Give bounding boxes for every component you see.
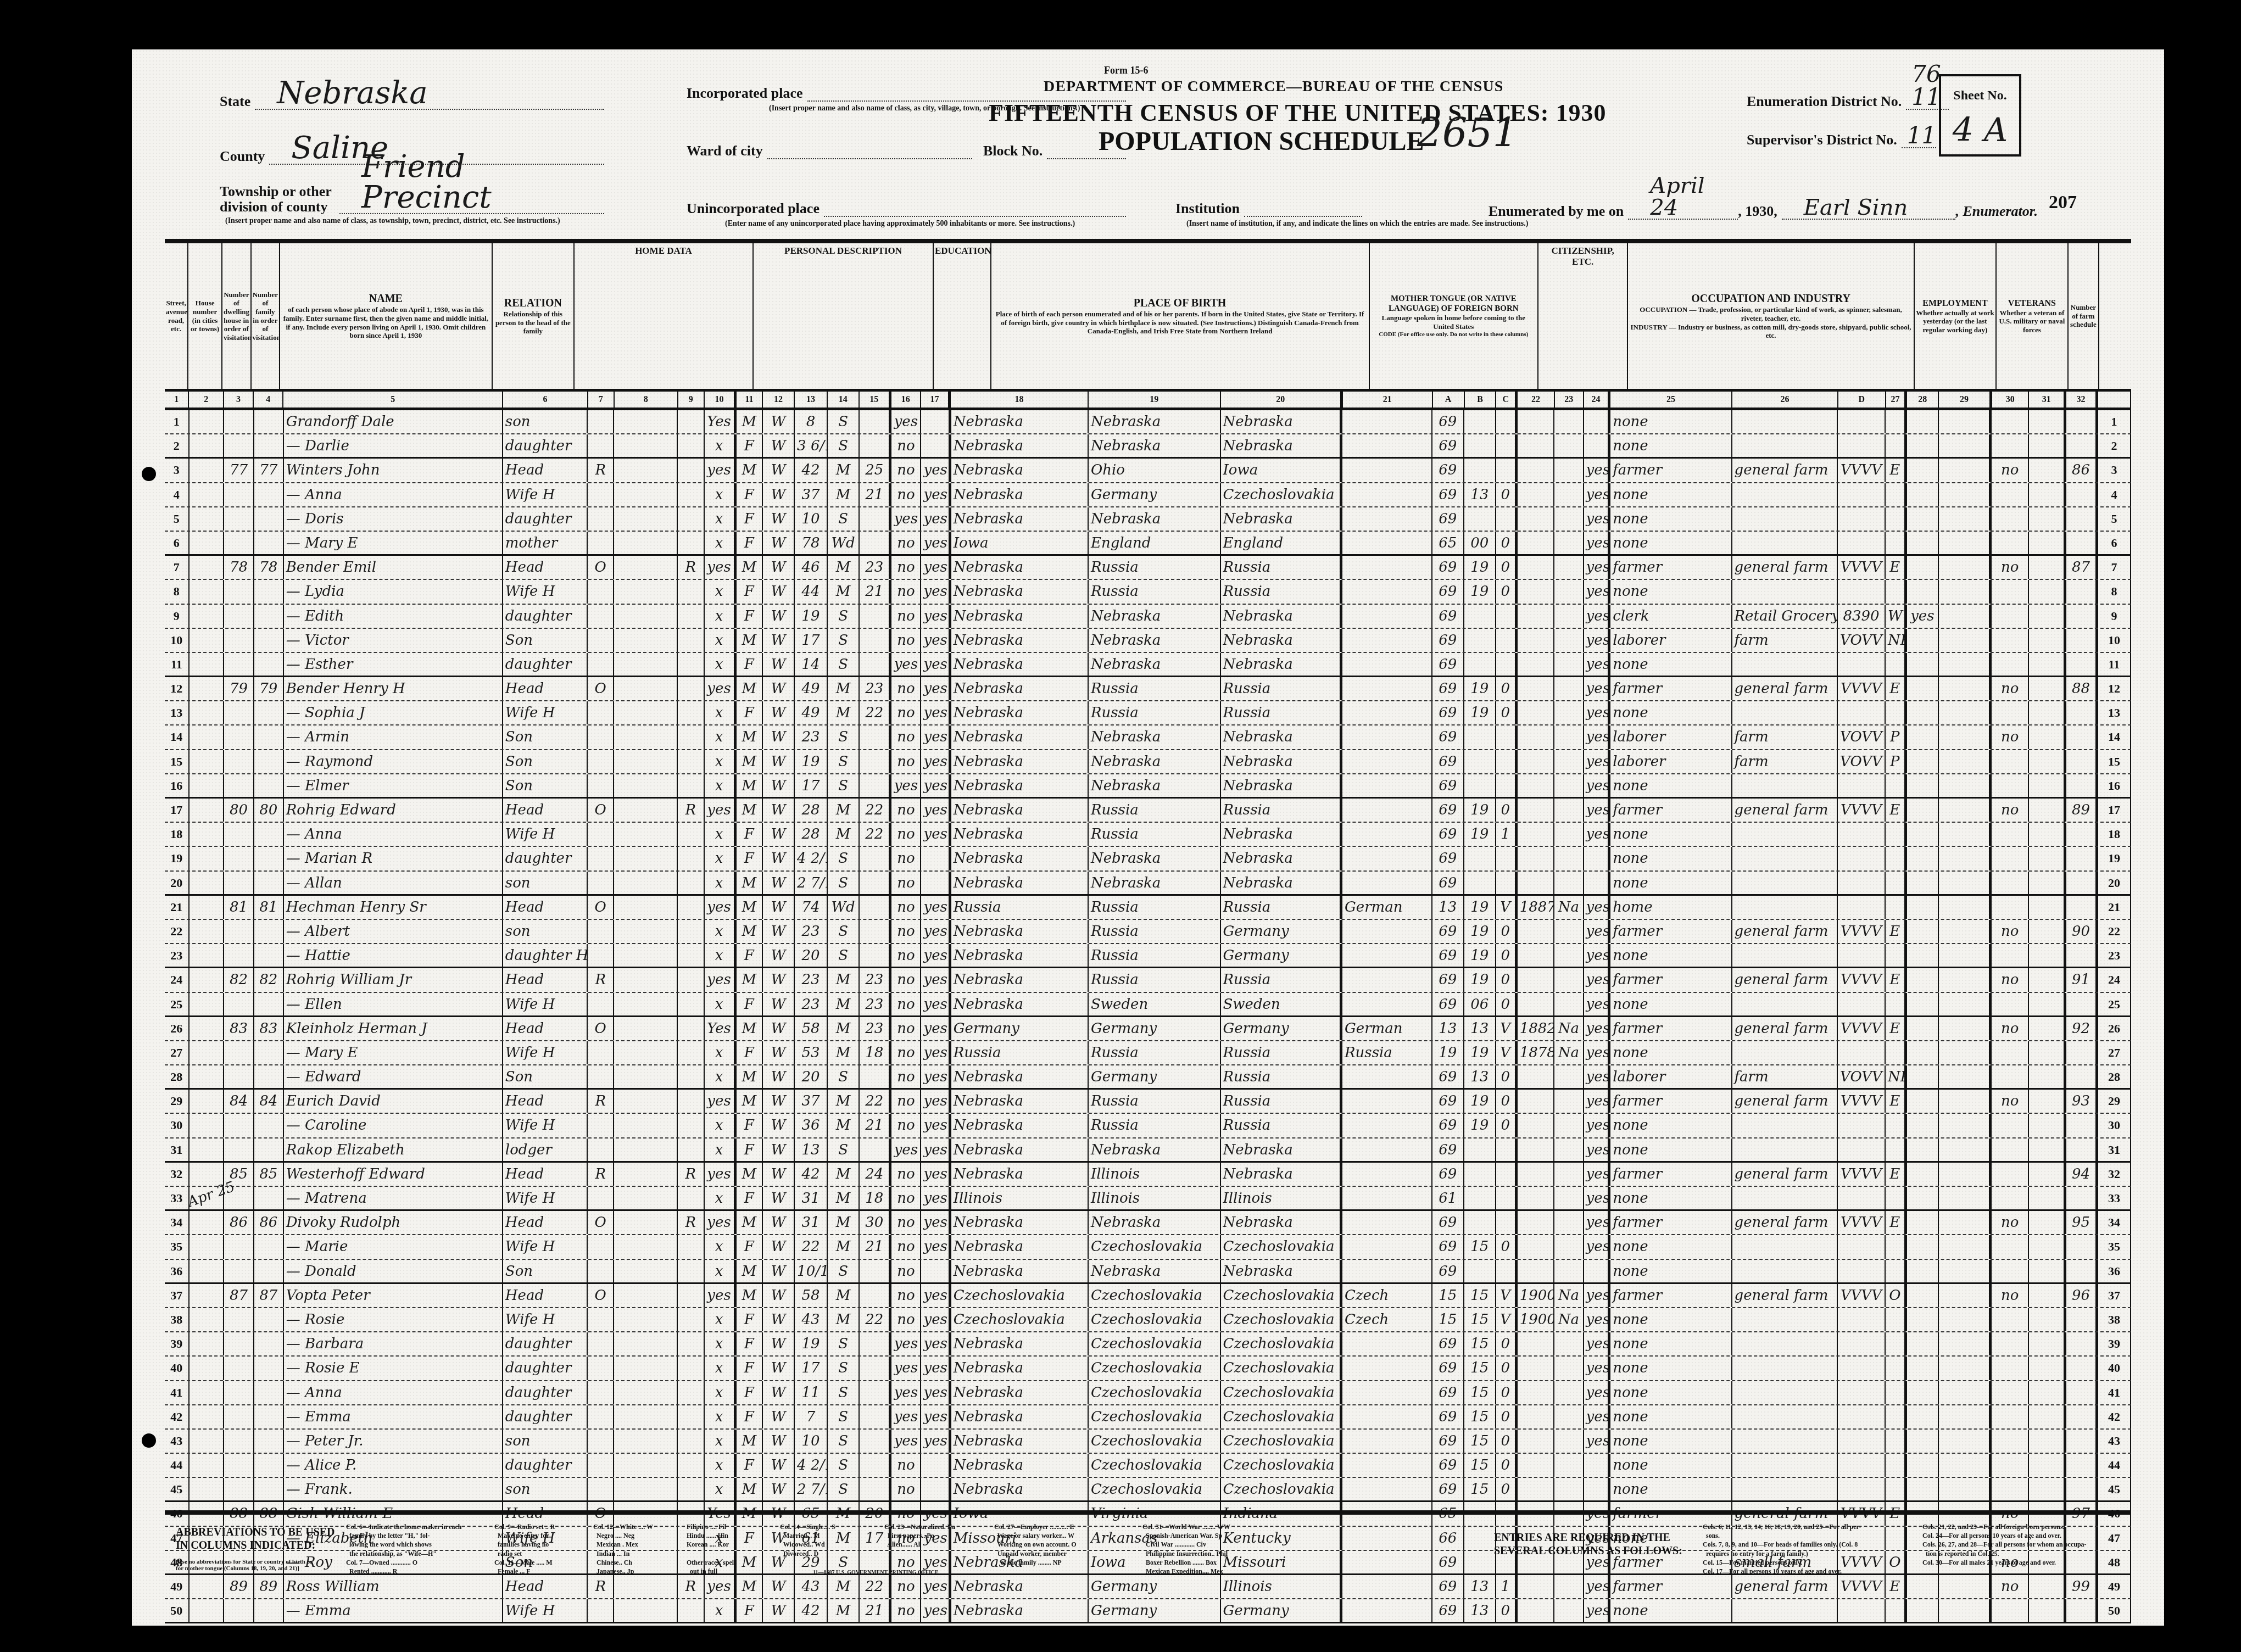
cell-eng: yes xyxy=(1584,799,1611,822)
cell-ind: general farm xyxy=(1732,1163,1838,1186)
line-number: 42 xyxy=(165,1405,189,1428)
cell-tongue xyxy=(1342,483,1432,506)
cell-cls xyxy=(1886,1430,1907,1453)
line-number: 21 xyxy=(2098,896,2131,919)
cell-own: R xyxy=(588,968,614,991)
cell-radio xyxy=(678,1430,704,1453)
line-number: 4 xyxy=(2098,483,2131,506)
cell-nat xyxy=(1554,459,1584,482)
line-number: 22 xyxy=(165,920,189,943)
cell-cA: 69 xyxy=(1432,847,1464,870)
cell-pob: Nebraska xyxy=(951,701,1089,724)
cell-nat xyxy=(1554,725,1584,749)
cell-rel: Son xyxy=(503,1065,588,1088)
line-number: 36 xyxy=(165,1260,189,1282)
cell-dw xyxy=(224,605,254,628)
cell-fam xyxy=(254,993,284,1015)
cell-code xyxy=(1838,774,1886,797)
cell-mpob: Russia xyxy=(1221,896,1342,919)
cell-emp: yes xyxy=(1907,605,1939,628)
table-row: 23— Hattiedaughter HxFW20SnoyesNebraskaR… xyxy=(165,944,2131,968)
cell-mar: M xyxy=(828,1114,860,1137)
cell-tongue xyxy=(1342,1430,1432,1453)
cell-fam: 77 xyxy=(254,459,284,482)
line-number: 7 xyxy=(165,556,189,579)
cell-age: 20 xyxy=(795,944,828,967)
cell-agem: 22 xyxy=(860,823,891,846)
cell-unemp xyxy=(1939,1211,1992,1234)
cell-war xyxy=(2029,410,2066,433)
cell-vet xyxy=(1992,483,2029,506)
cell-radio xyxy=(678,532,704,554)
cell-code xyxy=(1838,1357,1886,1380)
cell-cB xyxy=(1464,434,1496,457)
cell-vet xyxy=(1992,653,2029,676)
cell-ind xyxy=(1732,483,1838,506)
cell-dw xyxy=(224,993,254,1015)
cell-farm: yes xyxy=(705,1090,737,1113)
cell-eng: yes xyxy=(1584,580,1611,603)
cell-race: W xyxy=(763,605,795,628)
cell-code xyxy=(1838,1454,1886,1477)
cell-cA: 69 xyxy=(1432,629,1464,652)
cell-farm: x xyxy=(705,872,737,894)
cell-occ: laborer xyxy=(1610,1065,1732,1088)
cell-occ: none xyxy=(1610,1430,1732,1453)
cell-fpob: Russia xyxy=(1089,799,1221,822)
cell-read: yes xyxy=(921,968,951,991)
cell-nat xyxy=(1554,799,1584,822)
cell-fam xyxy=(254,410,284,433)
cell-age: 19 xyxy=(795,750,828,773)
cell-read: yes xyxy=(921,1235,951,1258)
cell-own xyxy=(588,993,614,1015)
line-number: 13 xyxy=(2098,701,2131,724)
cell-unemp xyxy=(1939,677,1992,700)
cell-own xyxy=(588,1308,614,1331)
cell-street xyxy=(189,532,225,554)
cell-cls xyxy=(1886,1381,1907,1404)
cell-sch: no xyxy=(891,1114,921,1137)
cell-imm: 1900 xyxy=(1518,1308,1555,1331)
cell-war xyxy=(2029,653,2066,676)
cell-emp xyxy=(1907,653,1939,676)
cell-cC xyxy=(1496,1138,1518,1161)
cell-farm: yes xyxy=(705,799,737,822)
cell-agem: 23 xyxy=(860,993,891,1015)
state-value: Nebraska xyxy=(255,78,604,110)
cell-nat xyxy=(1554,434,1584,457)
cell-radio xyxy=(678,1090,704,1113)
cell-code xyxy=(1838,1138,1886,1161)
cell-val xyxy=(614,556,678,579)
cell-cB xyxy=(1464,410,1496,433)
column-number: 22 xyxy=(1518,392,1555,408)
cell-rel: son xyxy=(503,872,588,894)
cell-imm xyxy=(1518,993,1555,1015)
line-number: 23 xyxy=(2098,944,2131,967)
cell-farmsch: 87 xyxy=(2066,556,2098,579)
cell-agem xyxy=(860,1065,891,1088)
cell-val xyxy=(614,532,678,554)
cell-own xyxy=(588,653,614,676)
cell-dw xyxy=(224,1041,254,1064)
line-number: 50 xyxy=(2098,1599,2131,1622)
cell-agem xyxy=(860,1454,891,1477)
cell-own xyxy=(588,1235,614,1258)
cell-agem xyxy=(860,653,891,676)
cell-mar: M xyxy=(828,580,860,603)
cell-read: yes xyxy=(921,1138,951,1161)
cell-read xyxy=(921,1454,951,1477)
cell-rel: Head xyxy=(503,1284,588,1307)
cell-sch: no xyxy=(891,434,921,457)
cell-rel: Head xyxy=(503,677,588,700)
cell-code: VVVV xyxy=(1838,1163,1886,1186)
cell-farm: x xyxy=(705,725,737,749)
cell-tongue xyxy=(1342,1090,1432,1113)
cell-code xyxy=(1838,1478,1886,1500)
cell-age: 7 xyxy=(795,1405,828,1428)
cell-age: 58 xyxy=(795,1284,828,1307)
cell-war xyxy=(2029,799,2066,822)
sheet-number: 4 A xyxy=(1941,111,2019,149)
cell-ind: general farm xyxy=(1732,920,1838,943)
cell-age: 46 xyxy=(795,556,828,579)
cell-sch: no xyxy=(891,1187,921,1209)
table-row: 127979Bender Henry HHeadOyesMW49M23noyes… xyxy=(165,677,2131,701)
cell-farmsch xyxy=(2066,872,2098,894)
cell-own xyxy=(588,1332,614,1355)
line-number: 37 xyxy=(2098,1284,2131,1307)
occupation-header: OCCUPATION AND INDUSTRY OCCUPATION — Tra… xyxy=(1628,243,1914,389)
cell-dw: 78 xyxy=(224,556,254,579)
cell-dw xyxy=(224,1478,254,1500)
cell-own xyxy=(588,944,614,967)
cell-fam xyxy=(254,847,284,870)
cell-age: 31 xyxy=(795,1187,828,1209)
cell-val xyxy=(614,1454,678,1477)
cell-unemp xyxy=(1939,1090,1992,1113)
cell-cC xyxy=(1496,847,1518,870)
cell-war xyxy=(2029,750,2066,773)
cell-cB: 19 xyxy=(1464,580,1496,603)
cell-war xyxy=(2029,701,2066,724)
cell-ind: general farm xyxy=(1732,1017,1838,1040)
cell-agem: 21 xyxy=(860,1114,891,1137)
cell-agem: 22 xyxy=(860,799,891,822)
cell-cB xyxy=(1464,847,1496,870)
cell-war xyxy=(2029,1430,2066,1453)
cell-street xyxy=(189,701,225,724)
line-number: 11 xyxy=(165,653,189,676)
cell-radio xyxy=(678,1187,704,1209)
line-number: 39 xyxy=(165,1332,189,1355)
cell-own xyxy=(588,483,614,506)
cell-race: W xyxy=(763,750,795,773)
line-number: 35 xyxy=(2098,1235,2131,1258)
table-row: 15— RaymondSonxMW19SnoyesNebraskaNebrask… xyxy=(165,750,2131,774)
cell-cA: 69 xyxy=(1432,1114,1464,1137)
cell-emp xyxy=(1907,968,1939,991)
cell-val xyxy=(614,653,678,676)
cell-cA: 69 xyxy=(1432,872,1464,894)
cell-cB xyxy=(1464,605,1496,628)
cell-race: W xyxy=(763,532,795,554)
cell-fpob: Czechoslovakia xyxy=(1089,1332,1221,1355)
cell-pob: Nebraska xyxy=(951,872,1089,894)
cell-imm xyxy=(1518,701,1555,724)
cell-farm: yes xyxy=(705,459,737,482)
cell-farm: x xyxy=(705,993,737,1015)
cell-code xyxy=(1838,483,1886,506)
table-row: 50— EmmaWife HxFW42M21noyesNebraskaGerma… xyxy=(165,1599,2131,1623)
cell-mpob: Nebraska xyxy=(1221,1211,1342,1234)
cell-dw xyxy=(224,1332,254,1355)
line-number: 10 xyxy=(2098,629,2131,652)
cell-read: yes xyxy=(921,944,951,967)
cell-farm: Yes xyxy=(705,1017,737,1040)
cell-ind: farm xyxy=(1732,750,1838,773)
cell-radio xyxy=(678,580,704,603)
table-row: 4— AnnaWife HxFW37M21noyesNebraskaGerman… xyxy=(165,483,2131,507)
cell-name: — Mary E xyxy=(284,1041,503,1064)
cell-race: W xyxy=(763,1381,795,1404)
cell-street xyxy=(189,459,225,482)
cell-ind xyxy=(1732,410,1838,433)
cell-cls xyxy=(1886,1357,1907,1380)
cell-pob: Czechoslovakia xyxy=(951,1308,1089,1331)
cell-own: O xyxy=(588,1017,614,1040)
cell-rel: Wife H xyxy=(503,580,588,603)
cell-eng: yes xyxy=(1584,993,1611,1015)
cell-pob: Germany xyxy=(951,1017,1089,1040)
cell-tongue xyxy=(1342,434,1432,457)
cell-cls: E xyxy=(1886,1017,1907,1040)
cell-farm: x xyxy=(705,847,737,870)
cell-war xyxy=(2029,556,2066,579)
cell-fpob: Russia xyxy=(1089,1041,1221,1064)
cell-tongue xyxy=(1342,1332,1432,1355)
cell-age: 43 xyxy=(795,1308,828,1331)
cell-farm: x xyxy=(705,701,737,724)
cell-cB xyxy=(1464,507,1496,531)
cell-pob: Nebraska xyxy=(951,1405,1089,1428)
cell-occ: none xyxy=(1610,580,1732,603)
cell-fpob: Russia xyxy=(1089,944,1221,967)
cell-cA: 69 xyxy=(1432,1065,1464,1088)
cell-unemp xyxy=(1939,410,1992,433)
cell-agem xyxy=(860,434,891,457)
cell-sch: no xyxy=(891,1284,921,1307)
cell-pob: Nebraska xyxy=(951,725,1089,749)
cell-imm xyxy=(1518,1211,1555,1234)
cell-cls xyxy=(1886,1235,1907,1258)
cell-fpob: Czechoslovakia xyxy=(1089,1430,1221,1453)
cell-read: yes xyxy=(921,507,951,531)
cell-occ: none xyxy=(1610,483,1732,506)
cell-unemp xyxy=(1939,1478,1992,1500)
cell-mar: S xyxy=(828,1332,860,1355)
cell-vet: no xyxy=(1992,1017,2029,1040)
table-row: 45— Frank.sonxMW2 7/12SnoNebraskaCzechos… xyxy=(165,1478,2131,1502)
cell-vet xyxy=(1992,1138,2029,1161)
cell-unemp xyxy=(1939,580,1992,603)
cell-farm: x xyxy=(705,1405,737,1428)
cell-occ: none xyxy=(1610,653,1732,676)
cell-race: W xyxy=(763,701,795,724)
cell-cA: 65 xyxy=(1432,532,1464,554)
cell-cB xyxy=(1464,774,1496,797)
cell-vet xyxy=(1992,1041,2029,1064)
cell-fam xyxy=(254,872,284,894)
cell-race: W xyxy=(763,1430,795,1453)
cell-war xyxy=(2029,459,2066,482)
cell-own xyxy=(588,920,614,943)
cell-val xyxy=(614,459,678,482)
cell-fpob: Russia xyxy=(1089,920,1221,943)
cell-pob: Nebraska xyxy=(951,483,1089,506)
cell-unemp xyxy=(1939,1430,1992,1453)
cell-rel: son xyxy=(503,1478,588,1500)
cell-val xyxy=(614,605,678,628)
cell-nat xyxy=(1554,1211,1584,1234)
cell-mar: S xyxy=(828,629,860,652)
cell-cls xyxy=(1886,580,1907,603)
cell-val xyxy=(614,1599,678,1622)
cell-cls xyxy=(1886,774,1907,797)
cell-mar: S xyxy=(828,944,860,967)
cell-pob: Iowa xyxy=(951,532,1089,554)
cell-code: VVVV xyxy=(1838,677,1886,700)
cell-tongue xyxy=(1342,556,1432,579)
cell-sch: no xyxy=(891,605,921,628)
name-column-header: NAME of each person whose place of abode… xyxy=(280,243,493,389)
cell-radio xyxy=(678,701,704,724)
cell-mpob: Czechoslovakia xyxy=(1221,1332,1342,1355)
cell-fam xyxy=(254,774,284,797)
block-field: Block No. xyxy=(983,132,1126,159)
cell-dw xyxy=(224,532,254,554)
cell-cB: 19 xyxy=(1464,823,1496,846)
cell-val xyxy=(614,507,678,531)
cell-val xyxy=(614,1065,678,1088)
cell-nat xyxy=(1554,872,1584,894)
cell-read: yes xyxy=(921,1041,951,1064)
cell-cA: 69 xyxy=(1432,1357,1464,1380)
cell-imm xyxy=(1518,750,1555,773)
cell-ind: farm xyxy=(1732,629,1838,652)
punch-hole xyxy=(142,1433,156,1448)
cell-ind xyxy=(1732,1041,1838,1064)
cell-code xyxy=(1838,1332,1886,1355)
cell-occ: none xyxy=(1610,701,1732,724)
cell-val xyxy=(614,1114,678,1137)
cell-eng: yes xyxy=(1584,774,1611,797)
cell-name: — Peter Jr. xyxy=(284,1430,503,1453)
cell-cls xyxy=(1886,1405,1907,1428)
cell-vet xyxy=(1992,872,2029,894)
cell-imm xyxy=(1518,799,1555,822)
cell-sex: M xyxy=(737,968,763,991)
cell-pob: Nebraska xyxy=(951,1114,1089,1137)
cell-val xyxy=(614,1381,678,1404)
cell-tongue xyxy=(1342,944,1432,967)
cell-war xyxy=(2029,1357,2066,1380)
cell-mar: S xyxy=(828,872,860,894)
cell-emp xyxy=(1907,1381,1939,1404)
cell-nat xyxy=(1554,920,1584,943)
cell-cB: 06 xyxy=(1464,993,1496,1015)
cell-unemp xyxy=(1939,556,1992,579)
cell-imm xyxy=(1518,1478,1555,1500)
column-number: 11 xyxy=(737,392,763,408)
cell-pob: Czechoslovakia xyxy=(951,1284,1089,1307)
cell-vet xyxy=(1992,774,2029,797)
cell-rel: daughter xyxy=(503,1332,588,1355)
cell-radio xyxy=(678,872,704,894)
column-number: 19 xyxy=(1089,392,1221,408)
cell-name: Rohrig William Jr xyxy=(284,968,503,991)
cell-cB: 13 xyxy=(1464,1017,1496,1040)
cell-fam xyxy=(254,750,284,773)
cell-radio xyxy=(678,1478,704,1500)
cell-mpob: Russia xyxy=(1221,1090,1342,1113)
cell-war xyxy=(2029,1114,2066,1137)
cell-imm xyxy=(1518,725,1555,749)
cell-occ: none xyxy=(1610,847,1732,870)
cell-tongue xyxy=(1342,507,1432,531)
cell-eng xyxy=(1584,1260,1611,1282)
cell-unemp xyxy=(1939,896,1992,919)
cell-read: yes xyxy=(921,725,951,749)
cell-dw xyxy=(224,1430,254,1453)
cell-street xyxy=(189,507,225,531)
column-number: 21 xyxy=(1343,392,1433,408)
cell-war xyxy=(2029,483,2066,506)
cell-read: yes xyxy=(921,1211,951,1234)
cell-rel: Wife H xyxy=(503,1308,588,1331)
cell-tongue xyxy=(1342,532,1432,554)
cell-unemp xyxy=(1939,434,1992,457)
cell-own xyxy=(588,1065,614,1088)
table-row: 6— Mary EmotherxFW78WdnoyesIowaEnglandEn… xyxy=(165,532,2131,556)
cell-agem xyxy=(860,750,891,773)
cell-imm xyxy=(1518,944,1555,967)
cell-mpob: England xyxy=(1221,532,1342,554)
cell-dw xyxy=(224,434,254,457)
cell-sch: yes xyxy=(891,507,921,531)
cell-emp xyxy=(1907,459,1939,482)
cell-fam xyxy=(254,1332,284,1355)
cell-name: — Esther xyxy=(284,653,503,676)
cell-race: W xyxy=(763,1211,795,1234)
cell-val xyxy=(614,1357,678,1380)
cell-name: — Emma xyxy=(284,1405,503,1428)
cell-race: W xyxy=(763,725,795,749)
table-row: 5— DorisdaughterxFW10SyesyesNebraskaNebr… xyxy=(165,507,2131,532)
cell-fam xyxy=(254,1260,284,1282)
cell-sch: yes xyxy=(891,1332,921,1355)
cell-cA: 69 xyxy=(1432,1430,1464,1453)
cell-eng: yes xyxy=(1584,1308,1611,1331)
line-number: 19 xyxy=(165,847,189,870)
cell-cA: 13 xyxy=(1432,1017,1464,1040)
cell-ind xyxy=(1732,872,1838,894)
table-row: 298484Eurich DavidHeadRyesMW37M22noyesNe… xyxy=(165,1090,2131,1114)
cell-emp xyxy=(1907,1114,1939,1137)
cell-own: R xyxy=(588,1163,614,1186)
